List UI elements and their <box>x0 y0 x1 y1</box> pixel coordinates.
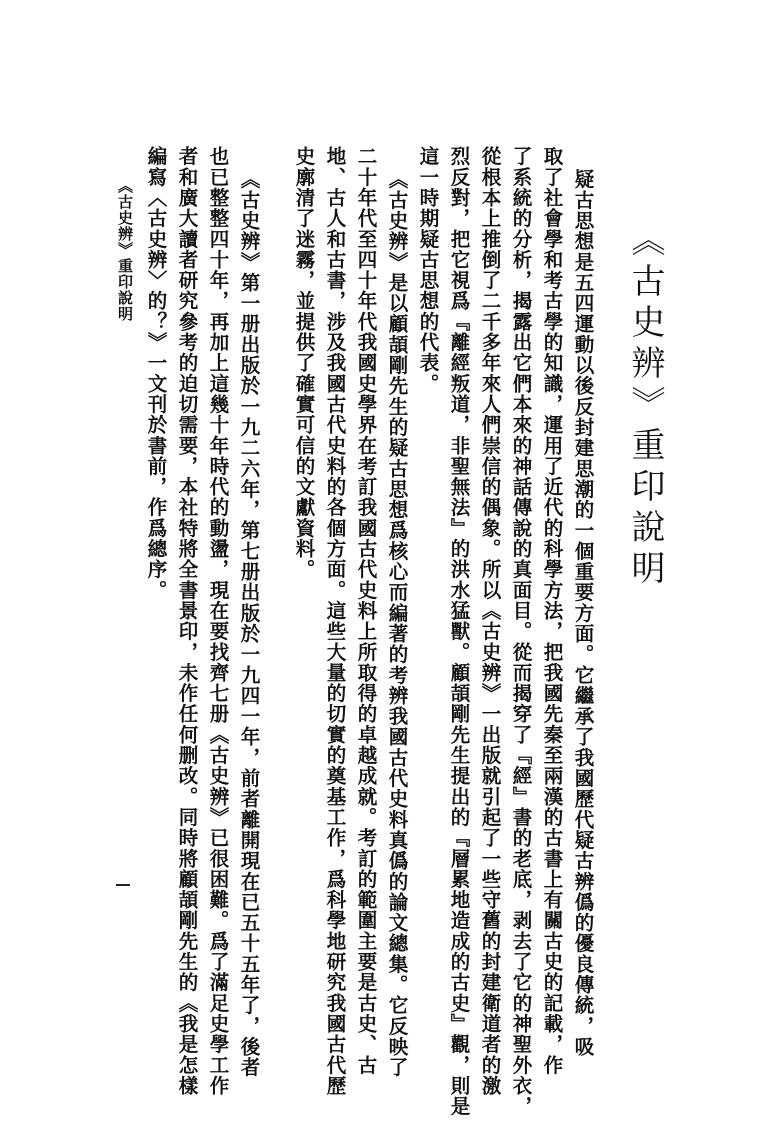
paragraph-1-line-4: 從根本上推倒了二千多年來人們崇信的偶象。所以《古史辨》一出版就引起了一些守舊的封… <box>480 146 500 1096</box>
running-head: 《古史辨》重印說明 <box>117 178 132 322</box>
paragraph-2-line-3: 地、古人和古書，涉及我國古代史料的各個方面。這些大量的切實的奠基工作，爲科學地研… <box>325 146 345 1096</box>
paragraph-3-line-1: 《古史辨》第一册出版於一九二六年，第七册出版於一九四一年，前者離開現在已五十五年… <box>239 169 259 1078</box>
page-number <box>116 884 130 886</box>
paragraph-1-line-3: 了系統的分析，揭露出它們本來的神話傳說的真面目。從而揭穿了『經』書的老底，剥去了… <box>511 146 531 1117</box>
paragraph-2-line-1: 《古史辨》是以顧頡剛先生的疑古思想爲核心而編著的考辨我國古代史料真僞的論文總集。… <box>387 169 407 1078</box>
paragraph-1-line-1: 疑古思想是五四運動以後反封建思潮的一個重要方面。它繼承了我國歷代疑古辨僞的優良傳… <box>573 169 593 1057</box>
paragraph-1-line-5: 烈反對，把它視爲『離經叛道，非聖無法』的洪水猛獸。顧頡剛先生提出的『層累地造成的… <box>449 146 469 1117</box>
document-page: 《古史辨》重印說明 疑古思想是五四運動以後反封建思潮的一個重要方面。它繼承了我國… <box>0 0 783 1122</box>
paragraph-1-line-2: 取了社會學和考古學的知識，運用了近代的科學方法，把我國先秦至兩漢的古書上有關古史… <box>542 146 562 1075</box>
paragraph-2-line-2: 二十年代至四十年代我國史學界在考訂我國古代史料上所取得的卓越成就。考訂的範圍主要… <box>356 146 376 1075</box>
paragraph-2-line-4: 史廓清了迷霧，並提供了確實可信的文獻資料。 <box>294 146 314 580</box>
page-title: 《古史辨》重印說明 <box>628 222 662 591</box>
paragraph-3-line-4: 編寫〈古史辨〉的？》一文刊於書前，作爲總序。 <box>146 146 166 600</box>
paragraph-3-line-2: 也已整整四十年，再加上這幾十年時代的動盪，現在要找齊七册《古史辨》已很困難。爲了… <box>208 146 228 1096</box>
paragraph-1-line-6: 這一時期疑古思想的代表。 <box>418 146 438 394</box>
paragraph-3-line-3: 者和廣大讀者研究參考的迫切需要，本社特將全書景印，未作任何删改。同時將顧頡剛先生… <box>177 146 197 1096</box>
